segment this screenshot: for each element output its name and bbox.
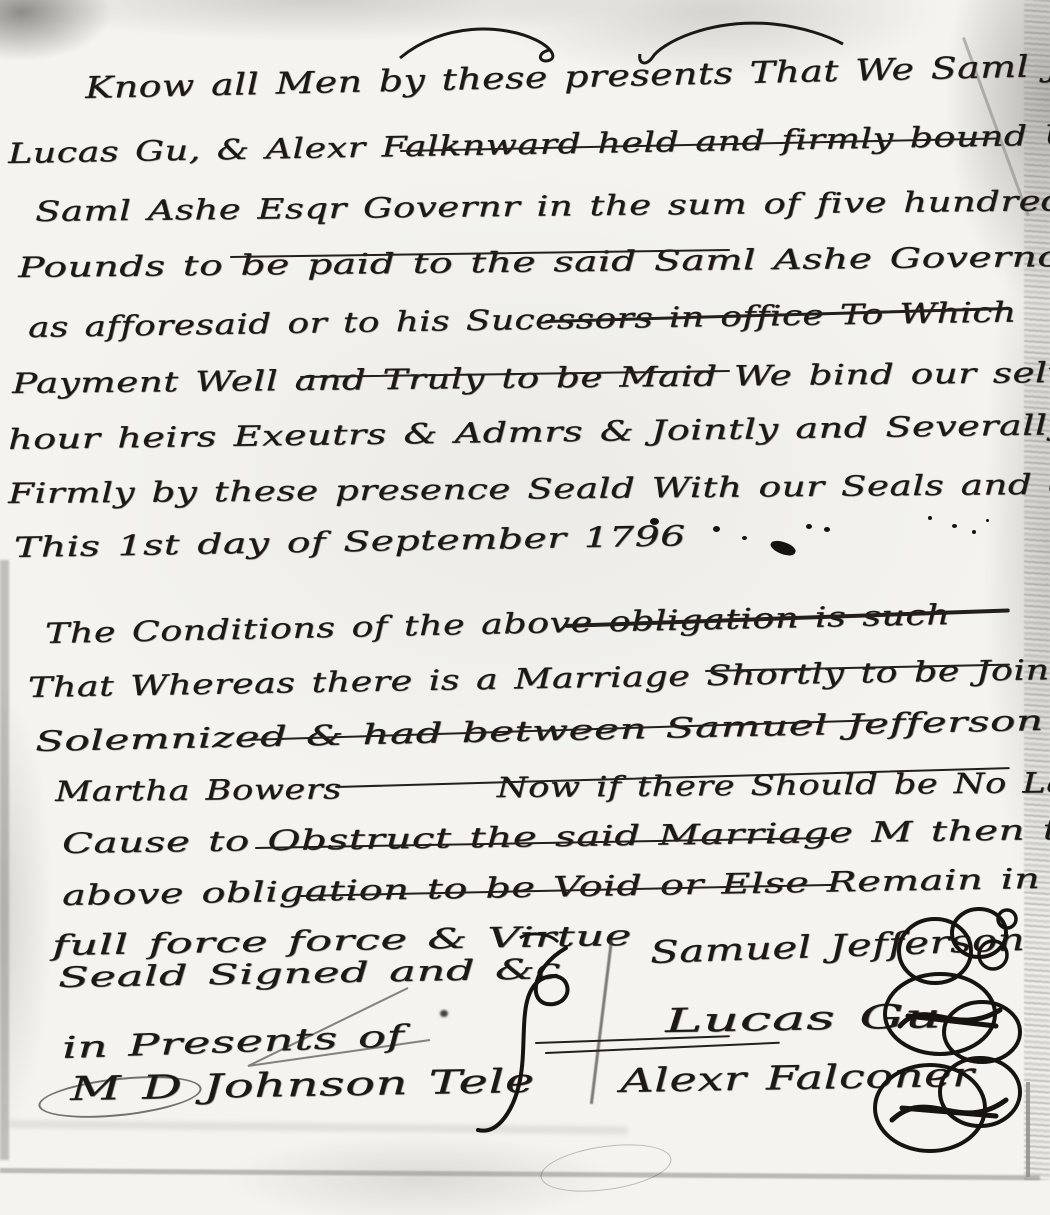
ink-blob	[769, 537, 798, 559]
ink-speck	[440, 1010, 448, 1017]
condition-line: Cause to Obstruct the said Marriage M th…	[62, 815, 1050, 858]
body-line: Payment Well and Truly to be Maid We bin…	[12, 358, 1050, 398]
ink-speck	[760, 490, 764, 494]
manuscript-page: Know all Men by these presents That We S…	[0, 0, 1050, 1215]
condition-line: Martha Bowers Now if there Should be No …	[55, 768, 1050, 806]
bottom-paper-edge	[0, 1168, 1040, 1180]
condition-line: That Whereas there is a Marriage Shortly…	[28, 655, 1050, 702]
ink-speck	[928, 516, 932, 520]
triangle-flourish	[230, 984, 440, 1076]
ink-speck	[713, 526, 720, 532]
body-line: Lucas Gu, & Alexr Falknward held and fir…	[8, 120, 1050, 168]
condition-line: The Conditions of the above obligation i…	[45, 601, 951, 648]
ink-speck	[972, 530, 976, 534]
ink-speck	[650, 518, 659, 525]
seal-scribble	[868, 1046, 1028, 1164]
ink-speck	[986, 519, 989, 522]
left-edge-band	[0, 560, 9, 1160]
ink-speck	[806, 524, 812, 529]
ink-speck	[824, 527, 830, 532]
witness-flourish	[36, 1070, 203, 1125]
body-line: hour heirs Exeutrs & Admrs & Jointly and…	[8, 411, 1050, 454]
bottom-oval-flourish	[538, 1137, 675, 1199]
body-line: Pounds to be paid to the said Saml Ashe …	[18, 243, 1050, 282]
ink-speck	[742, 536, 747, 540]
date-line: This 1st day of September 1796	[14, 522, 686, 562]
body-line: Firmly by these presence Seald With our …	[8, 470, 1050, 508]
ink-speck	[952, 524, 957, 528]
body-line: Saml Ashe Esqr Governr in the sum of fiv…	[35, 187, 1050, 226]
body-line: as afforesaid or to his Sucessors in off…	[28, 298, 1017, 342]
